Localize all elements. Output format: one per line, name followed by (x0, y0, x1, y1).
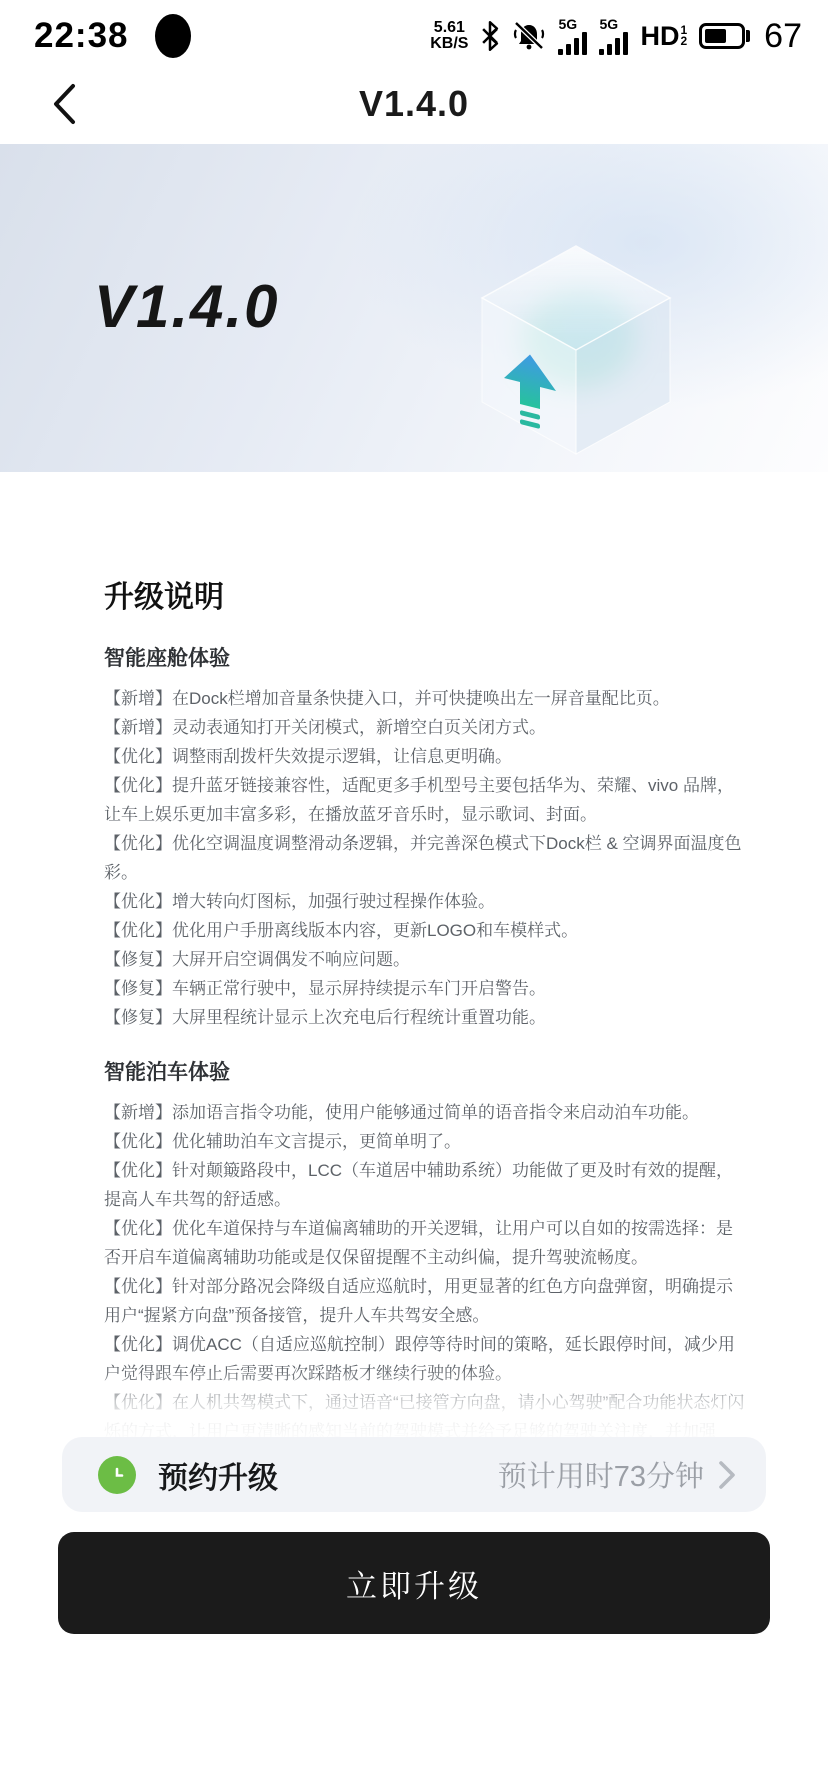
note-item: 【优化】增大转向灯图标，加强行驶过程操作体验。 (104, 887, 748, 916)
battery-icon (699, 23, 750, 49)
schedule-upgrade-label: 预约升级 (158, 1453, 278, 1497)
camera-cutout (155, 14, 191, 58)
chevron-left-icon (51, 83, 77, 125)
estimated-duration: 预计用时73分钟 (498, 1454, 704, 1495)
note-item: 【修复】车辆正常行驶中，显示屏持续提示车门开启警告。 (104, 974, 748, 1003)
clock-time: 22:38 (34, 16, 129, 56)
note-item: 【优化】优化空调温度调整滑动条逻辑，并完善深色模式下Dock栏 & 空调界面温度… (104, 829, 748, 887)
battery-percent: 67 (764, 17, 802, 56)
note-item: 【修复】大屏里程统计显示上次充电后行程统计重置功能。 (104, 1003, 748, 1032)
clock-icon (98, 1456, 136, 1494)
section-heading-cockpit: 智能座舱体验 (104, 642, 748, 672)
chevron-right-icon (718, 1460, 736, 1490)
upgrade-cube-illustration (476, 240, 676, 465)
ota-update-page: 22:38 5.61 KB/S (0, 0, 828, 1792)
bluetooth-icon (480, 21, 500, 51)
note-item: 【新增】灵动表通知打开关闭模式，新增空白页关闭方式。 (104, 713, 748, 742)
note-item: 【优化】优化用户手册离线版本内容，更新LOGO和车模样式。 (104, 916, 748, 945)
volte-hd-icon: HD 1 2 (640, 23, 687, 50)
schedule-upgrade-row[interactable]: 预约升级 预计用时73分钟 (62, 1437, 766, 1512)
note-item: 【优化】调整雨刮拨杆失效提示逻辑，让信息更明确。 (104, 742, 748, 771)
note-item: 【新增】添加语言指令功能，使用户能够通过简单的语音指令来启动泊车功能。 (104, 1098, 748, 1127)
release-notes: 升级说明 智能座舱体验 【新增】在Dock栏增加音量条快捷入口，并可快捷唤出左一… (104, 572, 748, 1446)
signal-sim2-icon: 5G (599, 17, 628, 55)
upgrade-now-label: 立即升级 (346, 1561, 482, 1606)
note-item: 【优化】提升蓝牙链接兼容性，适配更多手机型号主要包括华为、荣耀、vivo 品牌，… (104, 771, 748, 829)
signal-sim1-icon: 5G (558, 17, 587, 55)
notes-title: 升级说明 (104, 572, 748, 616)
network-speed: 5.61 KB/S (430, 20, 468, 52)
mute-bell-icon (512, 21, 546, 51)
hero-version-text: V1.4.0 (94, 272, 279, 341)
note-item: 【优化】优化车道保持与车道偏离辅助的开关逻辑，让用户可以自如的按需选择：是否开启… (104, 1214, 748, 1272)
page-title: V1.4.0 (359, 83, 469, 125)
note-item: 【修复】大屏开启空调偶发不响应问题。 (104, 945, 748, 974)
status-icons: 5.61 KB/S 5G (430, 17, 802, 56)
content-fade-overlay (0, 1368, 828, 1442)
status-bar: 22:38 5.61 KB/S (0, 0, 828, 64)
note-item: 【新增】在Dock栏增加音量条快捷入口，并可快捷唤出左一屏音量配比页。 (104, 684, 748, 713)
note-item: 【优化】针对部分路况会降级自适应巡航时，用更显著的红色方向盘弹窗，明确提示用户“… (104, 1272, 748, 1330)
section-heading-parking: 智能泊车体验 (104, 1056, 748, 1086)
back-button[interactable] (38, 78, 90, 130)
hero-banner: V1.4.0 (0, 144, 828, 472)
nav-header: V1.4.0 (0, 64, 828, 144)
note-item: 【优化】针对颠簸路段中，LCC（车道居中辅助系统）功能做了更及时有效的提醒，提高… (104, 1156, 748, 1214)
note-item: 【优化】优化辅助泊车文言提示，更简单明了。 (104, 1127, 748, 1156)
upgrade-now-button[interactable]: 立即升级 (58, 1532, 770, 1634)
